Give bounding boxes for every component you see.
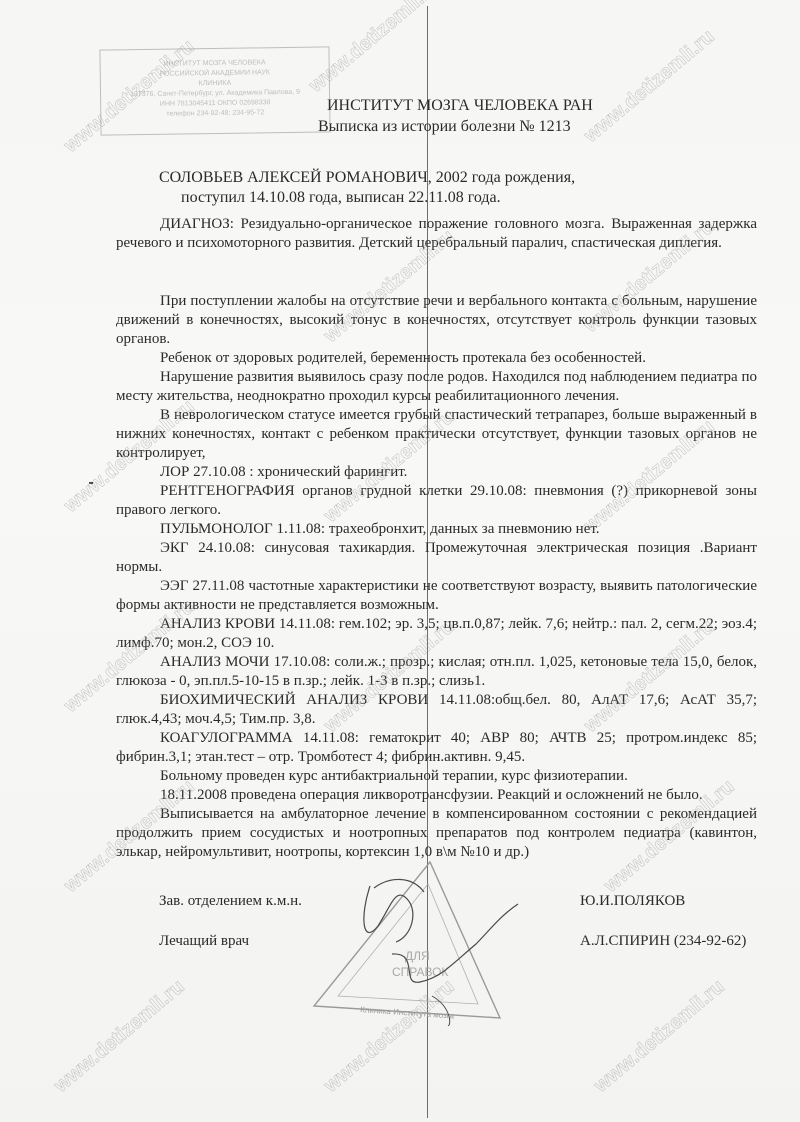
patient-dates-line: поступил 14.10.08 года, выписан 22.11.08… [181,188,501,207]
document-subtitle: Выписка из истории болезни № 1213 [318,117,571,136]
patient-name-line: СОЛОВЬЕВ АЛЕКСЕЙ РОМАНОВИЧ, 2002 года ро… [159,168,575,187]
xray-paragraph: РЕНТГЕНОГРАФИЯ органов грудной клетки 29… [116,482,757,520]
coagulogram-paragraph: КОАГУЛОГРАММА 14.11.08: гематокрит 40; А… [116,729,757,767]
attending-doctor-title: Лечащий врач [159,933,249,950]
blood-test-paragraph: АНАЛИЗ КРОВИ 14.11.08: гем.102; эр. 3,5;… [116,615,757,653]
eeg-paragraph: ЭЭГ 27.11.08 частотные характеристики не… [116,577,757,615]
speck-mark [89,482,93,484]
anamnesis-paragraph: Ребенок от здоровых родителей, беременно… [116,349,757,368]
head-of-department-title: Зав. отделением к.м.н. [159,893,302,910]
triangle-stamp: ДЛЯ СПРАВОК Клиника Института мозга [300,856,520,1026]
pulmonologist-paragraph: ПУЛЬМОНОЛОГ 1.11.08: трахеобронхит, данн… [116,520,757,539]
svg-text:СПРАВОК: СПРАВОК [392,965,448,979]
svg-text:ДЛЯ: ДЛЯ [405,949,430,963]
ecg-paragraph: ЭКГ 24.10.08: синусовая тахикардия. Пром… [116,539,757,577]
urine-test-paragraph: АНАЛИЗ МОЧИ 17.10.08: соли.ж.; прозр.; к… [116,653,757,691]
discharge-paragraph: Выписывается на амбулаторное лечение в к… [116,805,757,862]
ent-paragraph: ЛОР 27.10.08 : хронический фарингит. [116,463,757,482]
watermark: www.detizemli.ru [50,975,189,1097]
therapy-paragraph: Больному проведен курс антибактриальной … [116,767,757,786]
institution-stamp-box: ИНСТИТУТ МОЗГА ЧЕЛОВЕКА РОССИЙСКОЙ АКАДЕ… [99,46,330,135]
svg-text:Клиника Института мозга: Клиника Института мозга [360,1005,455,1021]
head-of-department-name: Ю.И.ПОЛЯКОВ [580,893,685,910]
document-page: ИНСТИТУТ МОЗГА ЧЕЛОВЕКА РОССИЙСКОЙ АКАДЕ… [0,0,800,1122]
biochem-paragraph: БИОХИМИЧЕСКИЙ АНАЛИЗ КРОВИ 14.11.08:общ.… [116,691,757,729]
watermark: www.detizemli.ru [580,25,719,147]
stamp-line: телефон 234-92-48; 234-95-72 [101,107,329,120]
complaints-paragraph: При поступлении жалобы на отсутствие реч… [116,292,757,349]
neuro-status-paragraph: В неврологическом статусе имеется грубый… [116,406,757,463]
operation-paragraph: 18.11.2008 проведена операция ликворотра… [116,786,757,805]
institution-title: ИНСТИТУТ МОЗГА ЧЕЛОВЕКА РАН [327,96,593,115]
attending-doctor-name: А.Л.СПИРИН (234-92-62) [580,933,746,950]
diagnosis-paragraph: ДИАГНОЗ: Резидуально-органическое пораже… [116,215,757,253]
watermark: www.detizemli.ru [590,975,729,1097]
development-paragraph: Нарушение развития выявилось сразу после… [116,368,757,406]
